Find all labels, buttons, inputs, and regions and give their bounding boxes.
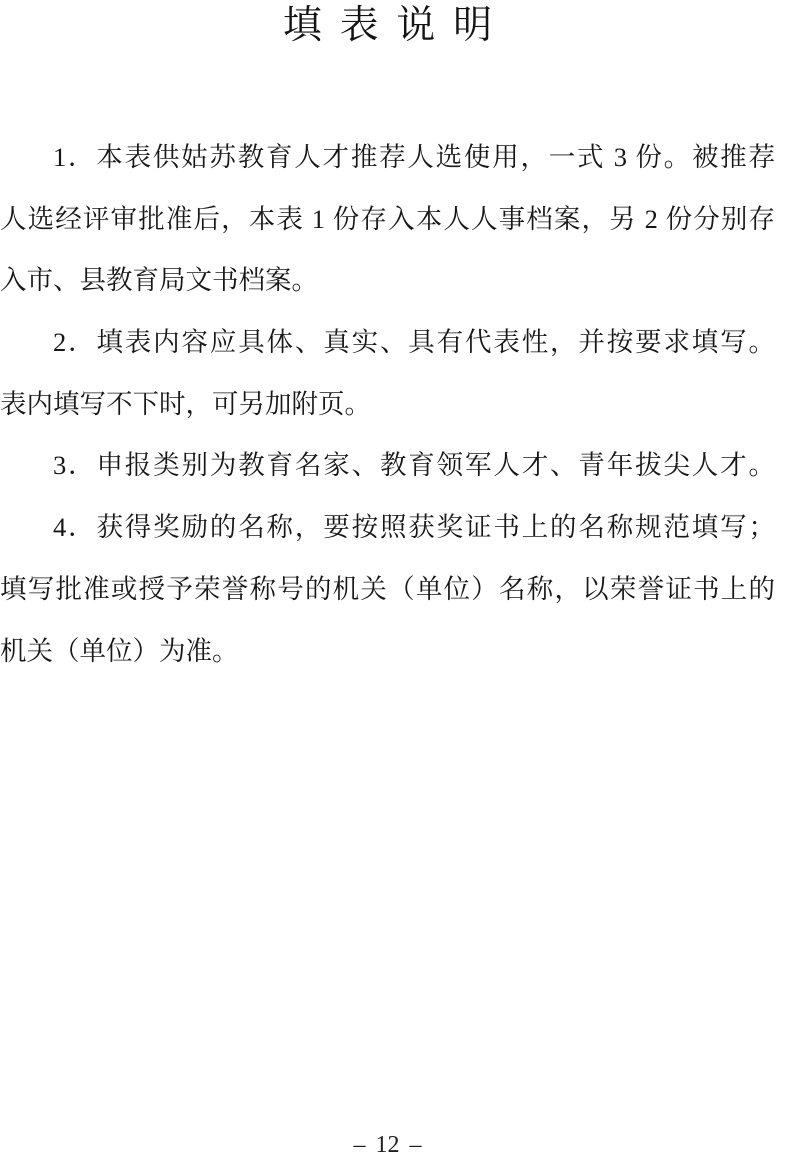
instructions: 1．本表供姑苏教育人才推荐人选使用，一式 3 份。被推荐人选经评审批准后，本表 … (0, 127, 775, 682)
paragraph-line: 人选经评审批准后，本表 1 份存入本人人事档案，另 2 份分别存 (0, 189, 775, 251)
paragraph-line: 2．填表内容应具体、真实、具有代表性，并按要求填写。 (0, 312, 775, 374)
paragraph-line: 填写批准或授予荣誉称号的机关（单位）名称，以荣誉证书上的 (0, 559, 775, 621)
paragraph-line: 机关（单位）为准。 (0, 621, 775, 683)
page-title: 填 表 说 明 (0, 0, 775, 50)
page-content: 填 表 说 明 1．本表供姑苏教育人才推荐人选使用，一式 3 份。被推荐人选经评… (0, 0, 775, 682)
document-page: 填 表 说 明 1．本表供姑苏教育人才推荐人选使用，一式 3 份。被推荐人选经评… (0, 0, 800, 1168)
instruction-paragraph: 3．申报类别为教育名家、教育领军人才、青年拔尖人才。 (0, 435, 775, 497)
paragraph-line: 3．申报类别为教育名家、教育领军人才、青年拔尖人才。 (0, 435, 775, 497)
paragraph-line: 入市、县教育局文书档案。 (0, 250, 775, 312)
instruction-paragraph: 2．填表内容应具体、真实、具有代表性，并按要求填写。表内填写不下时，可另加附页。 (0, 312, 775, 435)
instruction-paragraph: 1．本表供姑苏教育人才推荐人选使用，一式 3 份。被推荐人选经评审批准后，本表 … (0, 127, 775, 312)
page-number: – 12 – (0, 1130, 775, 1160)
paragraph-line: 4．获得奖励的名称，要按照获奖证书上的名称规范填写； (0, 497, 775, 559)
paragraph-line: 表内填写不下时，可另加附页。 (0, 374, 775, 436)
instruction-paragraph: 4．获得奖励的名称，要按照获奖证书上的名称规范填写；填写批准或授予荣誉称号的机关… (0, 497, 775, 682)
paragraph-line: 1．本表供姑苏教育人才推荐人选使用，一式 3 份。被推荐 (0, 127, 775, 189)
